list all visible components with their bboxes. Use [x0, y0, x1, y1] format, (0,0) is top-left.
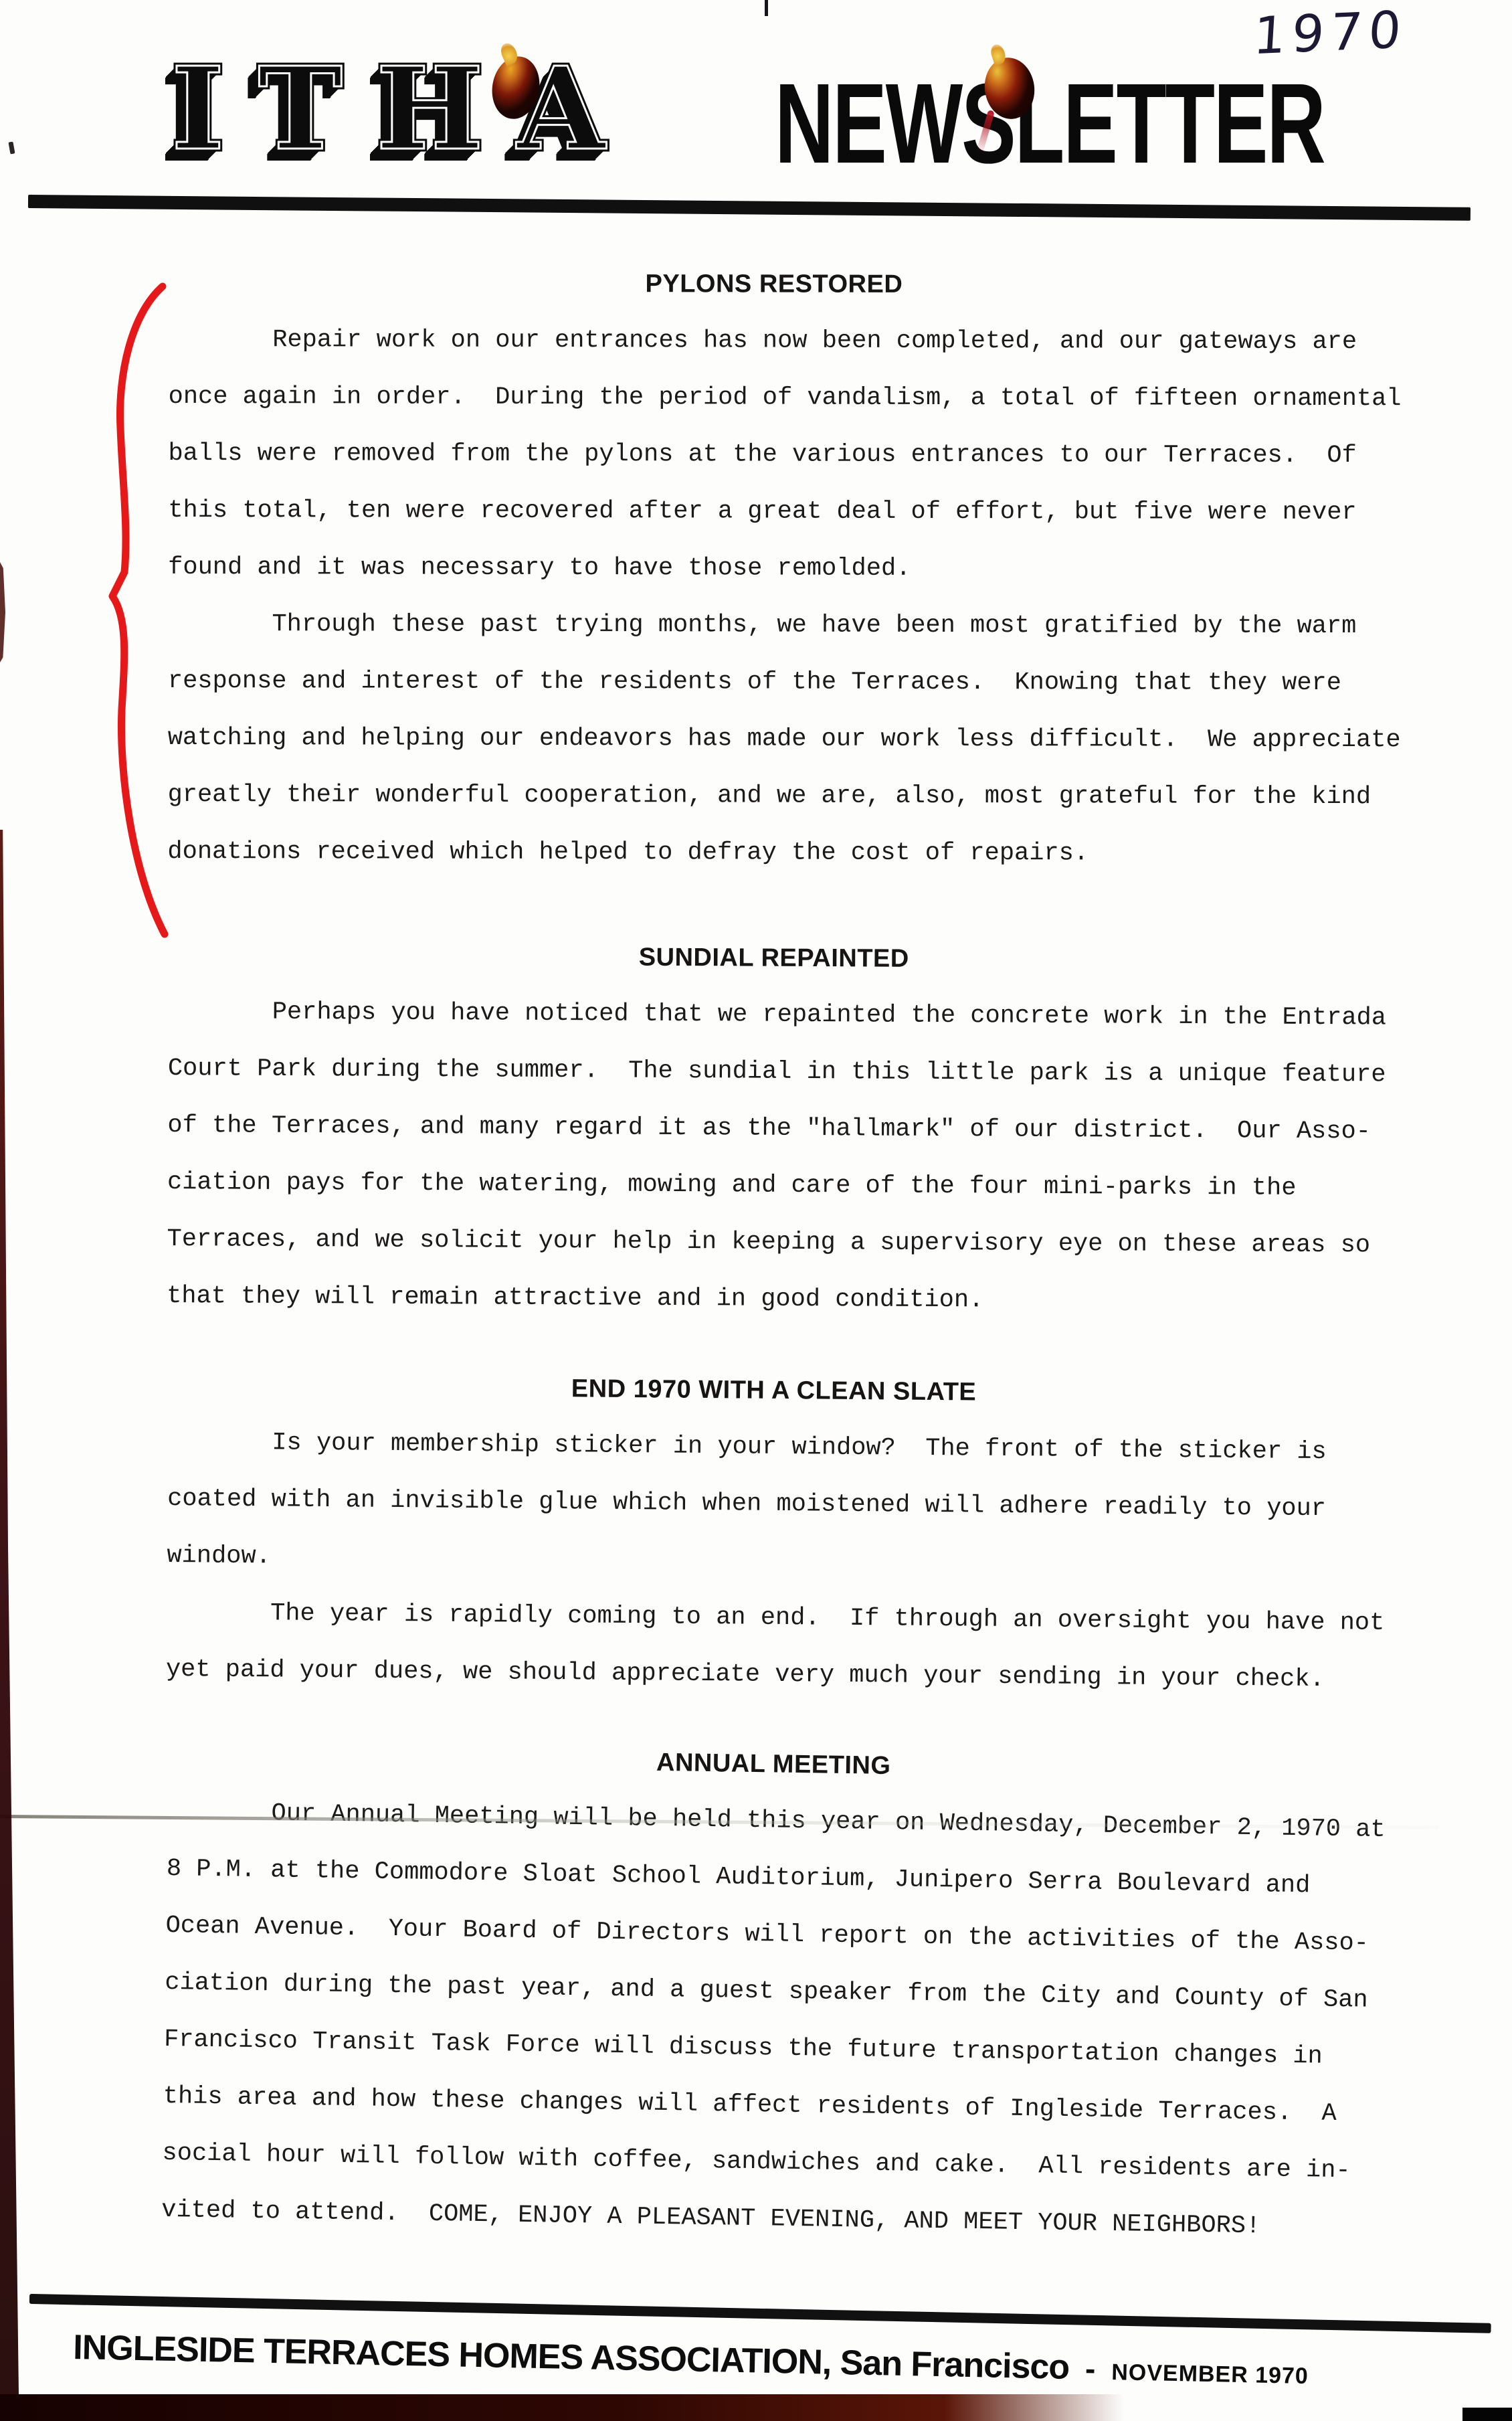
body-line: donations received which helped to defra… — [167, 824, 1438, 883]
body-line: watching and helping our endeavors has m… — [168, 710, 1439, 769]
masthead-divider-rule — [28, 195, 1471, 221]
section-heading: PYLONS RESTORED — [169, 255, 1380, 314]
scan-artifact-top-tick — [765, 0, 768, 16]
body-line: greatly their wonderful cooperation, and… — [168, 767, 1439, 826]
body-line: Is your membership sticker in your windo… — [168, 1414, 1440, 1482]
scan-artifact-left-mark — [8, 142, 15, 155]
body-line: found and it was necessary to have those… — [168, 539, 1439, 598]
body-line: window. — [167, 1528, 1438, 1596]
section-pylons-restored: PYLONS RESTORED Repair work on our entra… — [167, 255, 1440, 883]
body-line: Perhaps you have noticed that we repaint… — [168, 984, 1439, 1047]
section-end-1970-clean-slate: END 1970 WITH A CLEAN SLATE Is your memb… — [166, 1357, 1440, 1710]
body-line: ciation pays for the watering, mowing an… — [167, 1154, 1438, 1218]
scan-edge-bottom-band — [0, 2394, 1124, 2421]
body-line: Repair work on our entrances has now bee… — [169, 312, 1440, 371]
body-line: response and interest of the residents o… — [168, 653, 1439, 712]
footer-separator: - — [1085, 2350, 1096, 2386]
body-line: balls were removed from the pylons at th… — [168, 426, 1439, 484]
body-line: yet paid your dues, we should appreciate… — [166, 1641, 1438, 1710]
scan-artifact-bottom-right — [1462, 2408, 1512, 2421]
section-heading: END 1970 WITH A CLEAN SLATE — [168, 1357, 1380, 1425]
body-line: Court Park during the summer. The sundia… — [168, 1041, 1439, 1104]
section-sundial-repainted: SUNDIAL REPAINTED Perhaps you have notic… — [167, 927, 1440, 1332]
scan-edge-strip-lower — [0, 830, 20, 2421]
body-line: once again in order. During the period o… — [169, 369, 1440, 428]
itha-logo: ITHA ITHA ITHA — [171, 52, 680, 206]
body-line: Terraces, and we solicit your help in ke… — [167, 1211, 1438, 1275]
footer: INGLESIDE TERRACES HOMES ASSOCIATION, Sa… — [73, 2327, 1309, 2392]
masthead-title: NEWSLETTER — [775, 67, 1325, 181]
body-line: coated with an invisible glue which when… — [167, 1471, 1439, 1539]
body-line: The year is rapidly coming to an end. If… — [166, 1585, 1438, 1653]
scan-edge-strip-upper — [0, 562, 5, 662]
body-line: that they will remain attractive and in … — [167, 1268, 1438, 1332]
footer-organization: INGLESIDE TERRACES HOMES ASSOCIATION, Sa… — [73, 2327, 1070, 2388]
footer-issue-date: NOVEMBER 1970 — [1111, 2359, 1309, 2390]
body-line: Through these past trying months, we hav… — [168, 596, 1439, 655]
section-heading: SUNDIAL REPAINTED — [169, 927, 1380, 990]
section-annual-meeting: ANNUAL MEETING Our Annual Meeting will b… — [161, 1727, 1440, 2258]
handwritten-year-annotation: 1970 — [1252, 4, 1408, 62]
itha-logo-face: ITHA — [171, 52, 639, 166]
body-line: of the Terraces, and many regard it as t… — [167, 1097, 1438, 1161]
body-line: this total, ten were recovered after a g… — [168, 482, 1439, 541]
footer-divider-rule — [29, 2294, 1491, 2333]
